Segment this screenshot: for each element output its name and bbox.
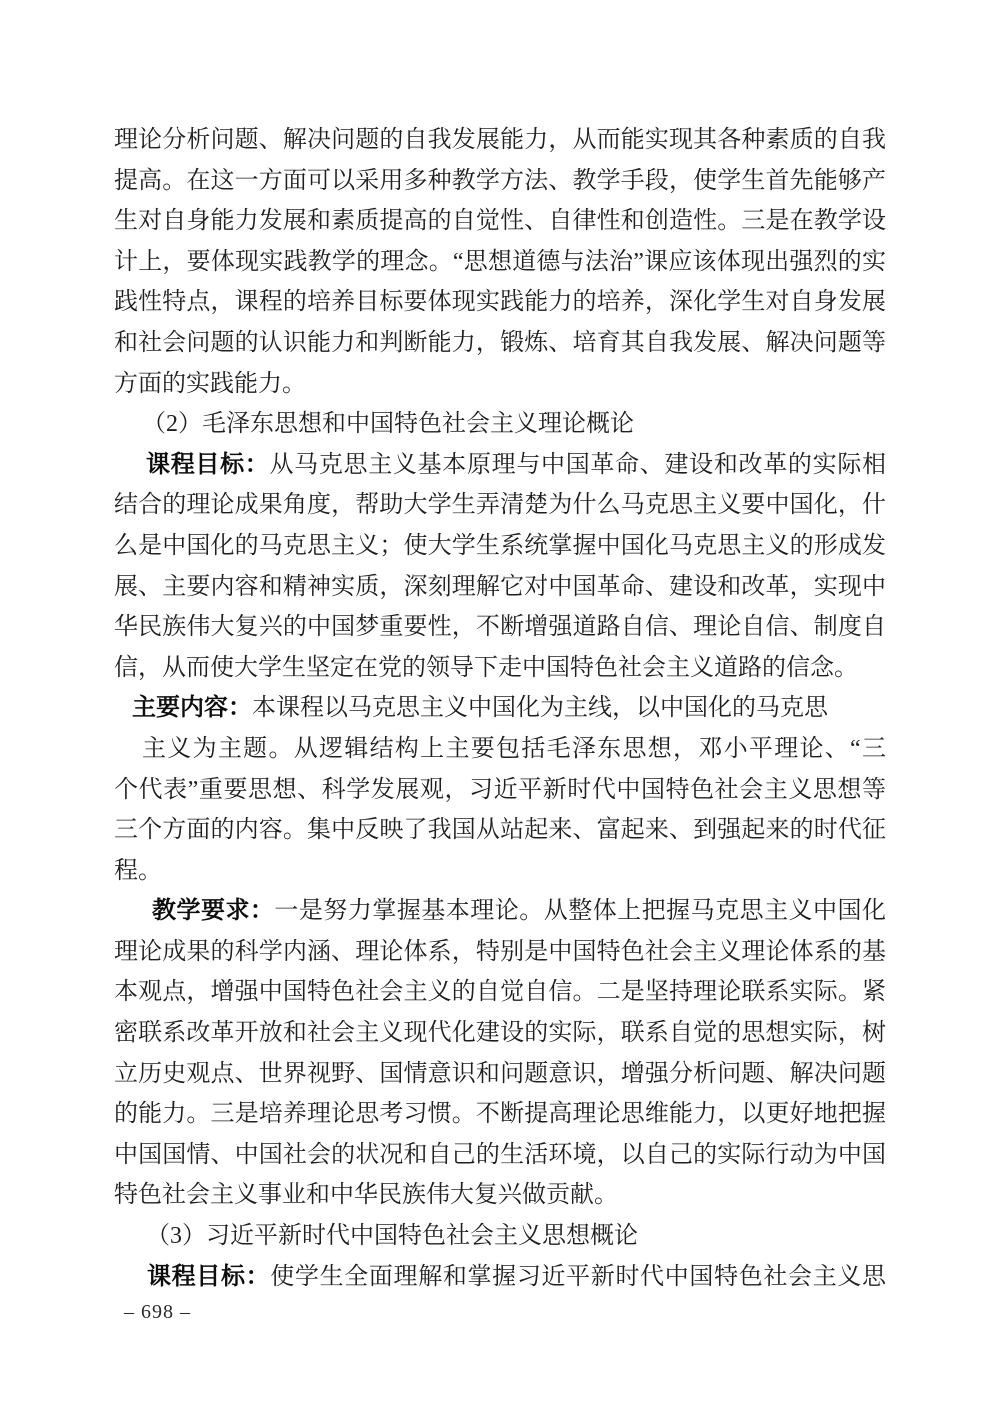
text-line: 计上，要体现实践教学的理念。“思想道德与法治”课应该体现出强烈的实	[114, 242, 886, 283]
text-line: 主要内容：本课程以马克思主义中国化为主线，以中国化的马克思	[114, 688, 886, 729]
text-line: （3）习近平新时代中国特色社会主义思想概论	[114, 1216, 886, 1257]
text-line: 个代表”重要思想、科学发展观，习近平新时代中国特色社会主义思想等	[114, 770, 886, 811]
text-line: 本观点，增强中国特色社会主义的自觉自信。二是坚持理论联系实际。紧	[114, 972, 886, 1013]
text-run: 信，从而使大学生坚定在党的领导下走中国特色社会主义道路的信念。	[114, 655, 858, 681]
text-line: 教学要求：一是努力掌握基本理论。从整体上把握马克思主义中国化	[114, 891, 886, 932]
text-run: 理论分析问题、解决问题的自我发展能力，从而能实现其各种素质的自我	[114, 127, 886, 153]
text-run: （2）毛泽东思想和中国特色社会主义理论概论	[142, 411, 634, 437]
text-run: 方面的实践能力。	[114, 371, 306, 397]
document-body: 理论分析问题、解决问题的自我发展能力，从而能实现其各种素质的自我提高。在这一方面…	[114, 120, 886, 1297]
text-run: 计上，要体现实践教学的理念。“思想道德与法治”课应该体现出强烈的实	[114, 249, 886, 275]
text-line: 生对自身能力发展和素质提高的自觉性、自律性和创造性。三是在教学设	[114, 201, 886, 242]
text-line: 展、主要内容和精神实质，深刻理解它对中国革命、建设和改革，实现中	[114, 567, 886, 608]
text-run: 程。	[114, 858, 162, 884]
section-label: 课程目标：	[146, 452, 269, 478]
text-run: 使学生全面理解和掌握习近平新时代中国特色社会主义思	[270, 1264, 886, 1290]
text-line: 立历史观点、世界视野、国情意识和问题意识，增强分析问题、解决问题	[114, 1054, 886, 1095]
document-page: 理论分析问题、解决问题的自我发展能力，从而能实现其各种素质的自我提高。在这一方面…	[0, 0, 1000, 1414]
text-line: 的能力。三是培养理论思考习惯。不断提高理论思维能力，以更好地把握	[114, 1094, 886, 1135]
text-run: 的能力。三是培养理论思考习惯。不断提高理论思维能力，以更好地把握	[114, 1101, 886, 1127]
text-line: 和社会问题的认识能力和判断能力，锻炼、培育其自我发展、解决问题等	[114, 323, 886, 364]
text-line: 信，从而使大学生坚定在党的领导下走中国特色社会主义道路的信念。	[114, 648, 886, 689]
text-line: 理论分析问题、解决问题的自我发展能力，从而能实现其各种素质的自我	[114, 120, 886, 161]
text-line: 提高。在这一方面可以采用多种教学方法、教学手段，使学生首先能够产	[114, 161, 886, 202]
text-line: 结合的理论成果角度，帮助大学生弄清楚为什么马克思主义要中国化，什	[114, 485, 886, 526]
text-run: 本课程以马克思主义中国化为主线，以中国化的马克思	[252, 695, 828, 721]
section-label: 教学要求：	[152, 898, 274, 924]
section-label: 主要内容：	[132, 695, 252, 721]
text-run: 密联系改革开放和社会主义现代化建设的实际，联系自觉的思想实际，树	[114, 1020, 886, 1046]
text-run: 从马克思主义基本原理与中国革命、建设和改革的实际相	[269, 452, 886, 478]
text-run: 么是中国化的马克思主义；使大学生系统掌握中国化马克思主义的形成发	[114, 533, 886, 559]
page-footer: – 698 –	[124, 1299, 191, 1325]
text-run: 个代表”重要思想、科学发展观，习近平新时代中国特色社会主义思想等	[114, 777, 886, 803]
page-number: – 698 –	[124, 1301, 191, 1323]
text-run: 中国国情、中国社会的状况和自己的生活环境，以自己的实际行动为中国	[114, 1142, 886, 1168]
text-line: 践性特点，课程的培养目标要体现实践能力的培养，深化学生对自身发展	[114, 282, 886, 323]
text-run: 理论成果的科学内涵、理论体系，特别是中国特色社会主义理论体系的基	[114, 939, 886, 965]
text-run: 践性特点，课程的培养目标要体现实践能力的培养，深化学生对自身发展	[114, 289, 886, 315]
text-run: 一是努力掌握基本理论。从整体上把握马克思主义中国化	[274, 898, 886, 924]
text-run: 和社会问题的认识能力和判断能力，锻炼、培育其自我发展、解决问题等	[114, 330, 886, 356]
text-run: 华民族伟大复兴的中国梦重要性，不断增强道路自信、理论自信、制度自	[114, 614, 886, 640]
text-line: 课程目标：从马克思主义基本原理与中国革命、建设和改革的实际相	[114, 445, 886, 486]
text-line: 华民族伟大复兴的中国梦重要性，不断增强道路自信、理论自信、制度自	[114, 607, 886, 648]
text-run: 立历史观点、世界视野、国情意识和问题意识，增强分析问题、解决问题	[114, 1061, 886, 1087]
text-line: 么是中国化的马克思主义；使大学生系统掌握中国化马克思主义的形成发	[114, 526, 886, 567]
text-run: （3）习近平新时代中国特色社会主义思想概论	[146, 1223, 638, 1249]
text-line: 理论成果的科学内涵、理论体系，特别是中国特色社会主义理论体系的基	[114, 932, 886, 973]
text-run: 生对自身能力发展和素质提高的自觉性、自律性和创造性。三是在教学设	[114, 208, 886, 234]
text-run: 主义为主题。从逻辑结构上主要包括毛泽东思想，邓小平理论、“三	[142, 736, 886, 762]
text-line: （2）毛泽东思想和中国特色社会主义理论概论	[114, 404, 886, 445]
text-line: 主义为主题。从逻辑结构上主要包括毛泽东思想，邓小平理论、“三	[114, 729, 886, 770]
text-line: 特色社会主义事业和中华民族伟大复兴做贡献。	[114, 1175, 886, 1216]
text-line: 三个方面的内容。集中反映了我国从站起来、富起来、到强起来的时代征	[114, 810, 886, 851]
text-line: 密联系改革开放和社会主义现代化建设的实际，联系自觉的思想实际，树	[114, 1013, 886, 1054]
text-run: 提高。在这一方面可以采用多种教学方法、教学手段，使学生首先能够产	[114, 168, 886, 194]
text-run: 本观点，增强中国特色社会主义的自觉自信。二是坚持理论联系实际。紧	[114, 979, 886, 1005]
text-line: 课程目标：使学生全面理解和掌握习近平新时代中国特色社会主义思	[114, 1257, 886, 1298]
text-run: 展、主要内容和精神实质，深刻理解它对中国革命、建设和改革，实现中	[114, 574, 886, 600]
text-run: 结合的理论成果角度，帮助大学生弄清楚为什么马克思主义要中国化，什	[114, 492, 886, 518]
text-run: 特色社会主义事业和中华民族伟大复兴做贡献。	[114, 1182, 618, 1208]
text-run: 三个方面的内容。集中反映了我国从站起来、富起来、到强起来的时代征	[114, 817, 886, 843]
text-line: 中国国情、中国社会的状况和自己的生活环境，以自己的实际行动为中国	[114, 1135, 886, 1176]
section-label: 课程目标：	[147, 1264, 270, 1290]
text-line: 程。	[114, 851, 886, 892]
text-line: 方面的实践能力。	[114, 364, 886, 405]
